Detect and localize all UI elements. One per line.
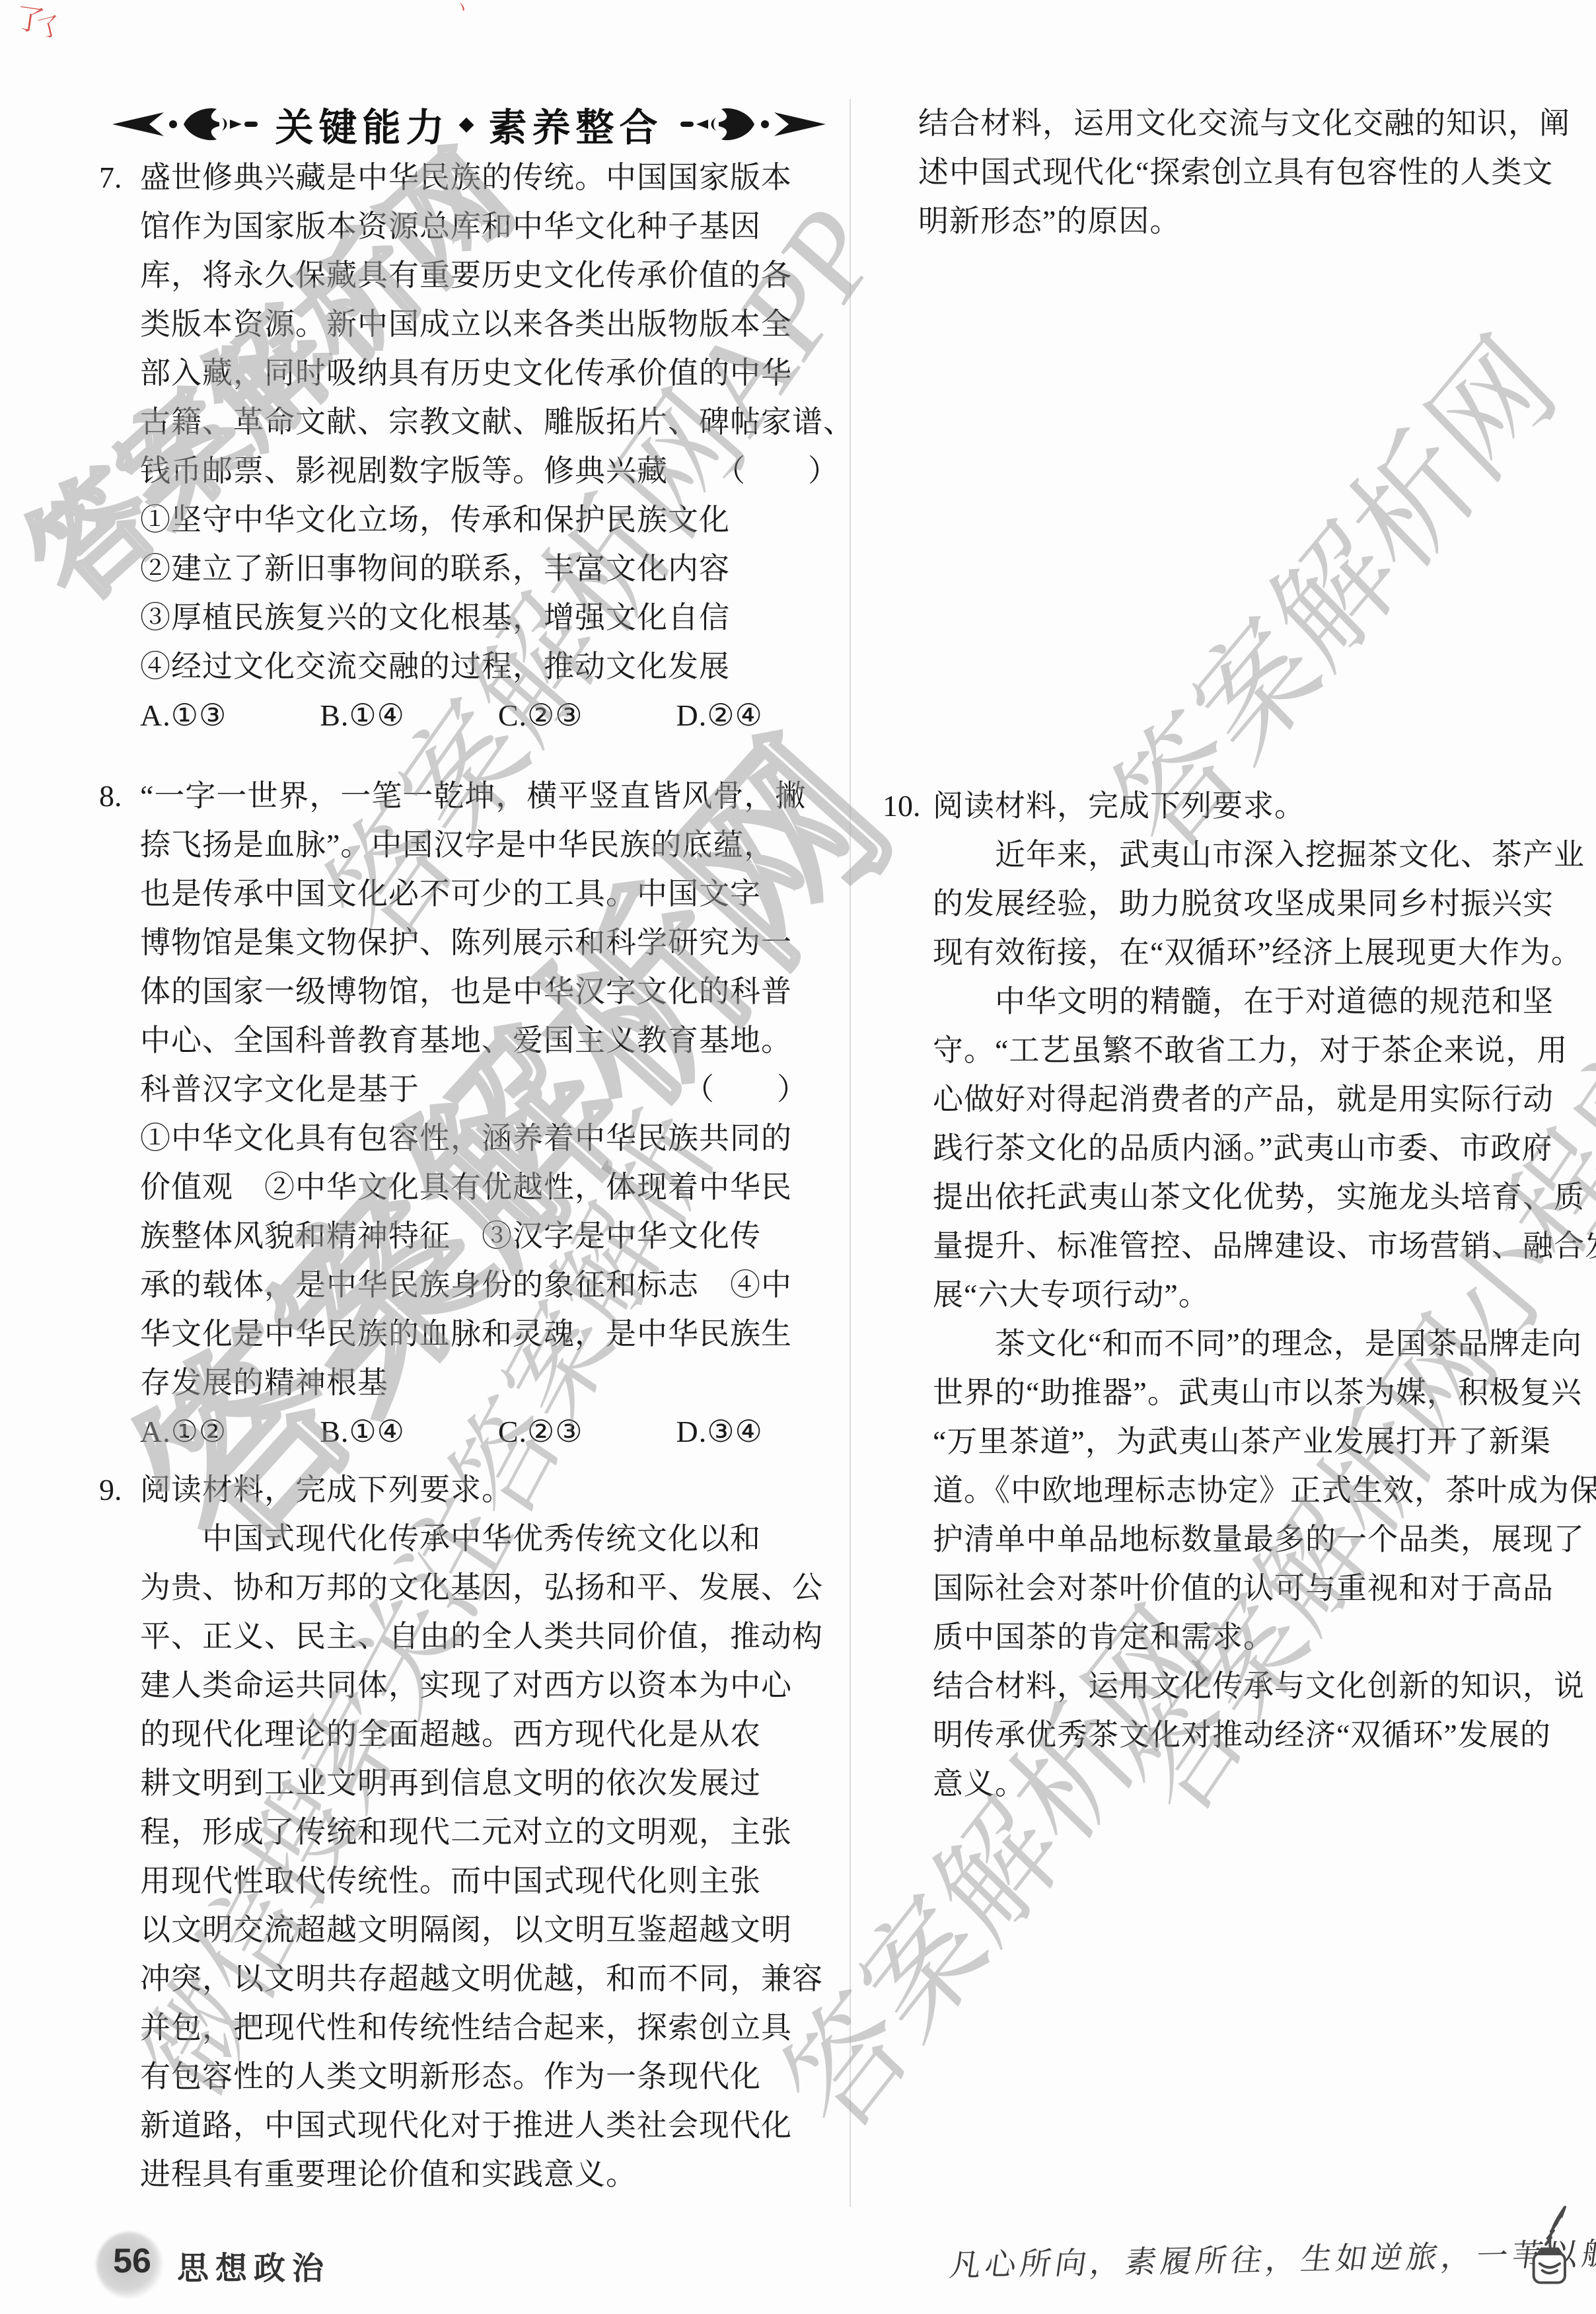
red-pen-mark: 丶 — [449, 0, 474, 21]
diamond-icon: ◆ — [458, 114, 479, 134]
page-number: 56 — [106, 2241, 159, 2281]
question-9-followup: 结合材料，运用文化交流与文化交融的知识，阐 述中国式现代化“探索创立具有包容性的… — [918, 99, 1570, 246]
subject-label: 思想政治 — [177, 2243, 330, 2288]
question-8-number: 8. — [99, 772, 122, 821]
question-7-number: 7. — [99, 153, 122, 202]
question-10-number: 10. — [883, 782, 921, 831]
question-9-body: 阅读材料，完成下列要求。 中国式现代化传承中华优秀传统文化以和 为贵、协和万邦的… — [140, 1466, 823, 2199]
question-8-body: “一字一世界，一笔一乾坤，横平竖直皆风骨，撇 捺飞扬是血脉”。中国汉字是中华民族… — [140, 772, 808, 1456]
ink-bottle-quill-icon — [1518, 2204, 1579, 2292]
banner-ornament-icon — [111, 104, 263, 144]
footer-motto: 凡心所向，素履所往，生如逆旅，一苇以航。 — [947, 2229, 1596, 2285]
section-banner: 关键能力 ◆ 素养整合 — [112, 93, 826, 156]
scanned-textbook-page: 答案解析网 答案解析网APP 答案解析网 微信搜索关注答案解析 答案解析网 答案… — [0, 0, 1596, 2314]
section-title: 关键能力 ◆ 素养整合 — [275, 96, 663, 152]
section-title-right: 素养整合 — [489, 96, 663, 152]
section-title-left: 关键能力 — [275, 96, 449, 152]
question-7-body: 盛世修典兴藏是中华民族的传统。中国国家版本 馆作为国家版本资源总库和中华文化种子… — [140, 153, 854, 740]
question-10-body: 阅读材料，完成下列要求。 近年来，武夷山市深入挖掘茶文化、茶产业 的发展经验，助… — [933, 782, 1596, 1809]
banner-ornament-icon — [675, 104, 827, 144]
question-9-number: 9. — [99, 1466, 122, 1514]
